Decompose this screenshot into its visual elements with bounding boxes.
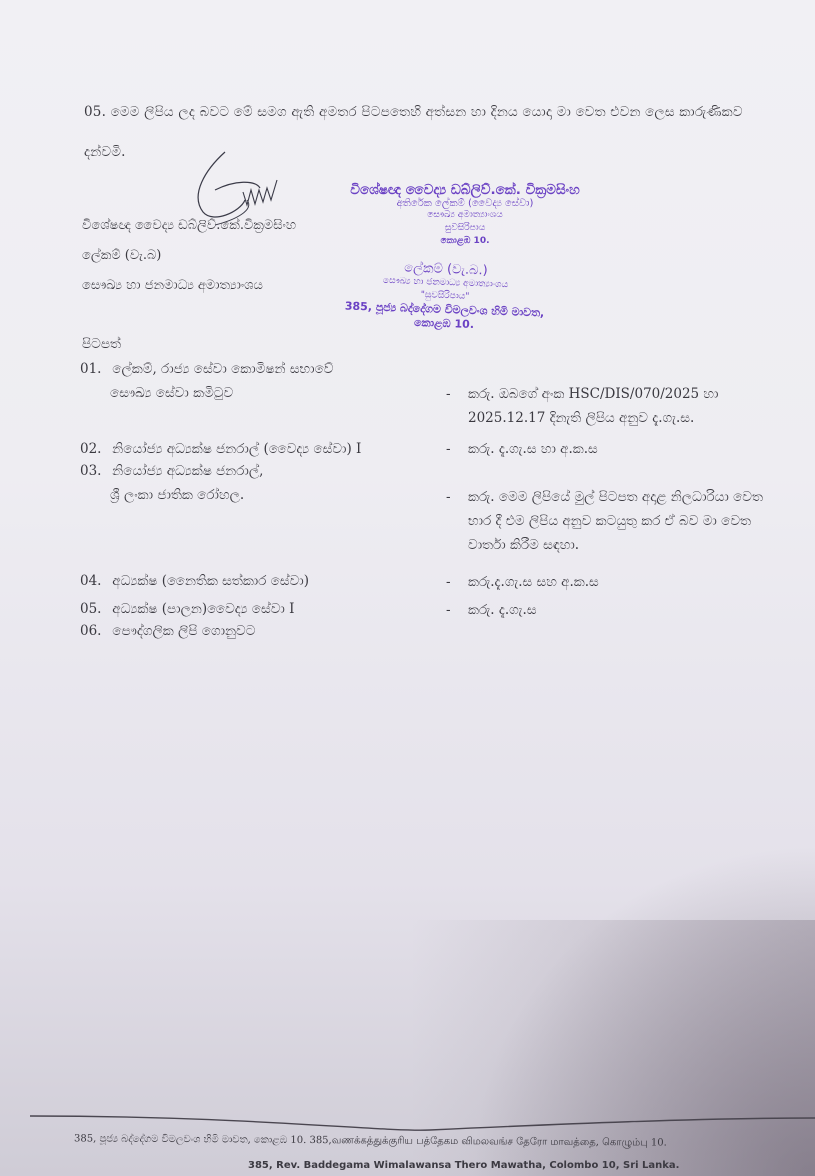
copy-note-text: කරු. මෙම ලිපියේ මුල් පිටපත අදාළ නිලධාරිය… (468, 485, 770, 557)
copy-note-text: කරු. දැ.ගැ.ස (468, 598, 770, 622)
dash-separator: - (446, 437, 451, 461)
dash-separator: - (446, 598, 451, 622)
copy-recipient-06: 06. පෞද්ගලික ලිපි ගොනුවට (80, 620, 255, 642)
copy-recipient-line: සෞඛ්‍ය සේවා කමිටුව (110, 382, 233, 404)
dash-separator: - (446, 382, 451, 406)
copy-note-01: - කරු. ඔබගේ අංක HSC/DIS/070/2025 හා 2025… (440, 382, 770, 430)
copy-recipient-02: 02. නියෝජ්‍ය අධ්‍යක්ෂ ජනරාල් (වෛද්‍ය සේව… (80, 438, 361, 460)
copy-recipient-01: 01. ලේකම්, රාජ්‍ය සේවා කොමිෂන් සභාවේ (80, 358, 334, 380)
stamp-line: අතිරේක ලේකම් (වෛද්‍ය සේවා) (330, 198, 600, 209)
copy-recipient-05: 05. අධ්‍යක්ෂ (පාලන)වෛද්‍ය සේවා I (80, 598, 294, 620)
official-stamp-primary: විශේෂඥ වෛද්‍ය ඩබ්ලිව්.කේ. වික්‍රමසිංහ අත… (330, 182, 600, 248)
stamp-line: විශේෂඥ වෛද්‍ය ඩබ්ලිව්.කේ. වික්‍රමසිංහ (330, 182, 600, 198)
stamp-line: සුවසිරිපාය (330, 222, 600, 235)
copy-recipient-line: ශ්‍රී ලංකා ජාතික රෝහල. (110, 484, 244, 506)
copy-number: 03. (80, 460, 108, 482)
copy-recipient-03: 03. නියෝජ්‍ය අධ්‍යක්ෂ ජනරාල්, (80, 460, 263, 482)
copy-note-02: - කරු. දැ.ගැ.ස හා අ.ක.ස (440, 437, 770, 461)
copy-number: 02. (80, 438, 108, 460)
copy-recipient-04: 04. අධ්‍යක්ෂ (නෛතික සත්කාර සේවා) (80, 570, 309, 592)
copy-recipient-line: නියෝජ්‍ය අධ්‍යක්ෂ ජනරාල් (වෛද්‍ය සේවා) I (112, 441, 361, 457)
paragraph-number: 05. (84, 104, 106, 120)
copy-note-05: - කරු. දැ.ගැ.ස (440, 598, 770, 622)
stamp-line: සෞඛ්‍ය අමාත්‍යාංශය (330, 209, 600, 222)
copy-note-text: කරු. ඔබගේ අංක HSC/DIS/070/2025 හා 2025.1… (468, 382, 770, 430)
footer-address-english: 385, Rev. Baddegama Wimalawansa Thero Ma… (248, 1160, 679, 1171)
copy-number: 06. (80, 620, 108, 642)
copy-number: 05. (80, 598, 108, 620)
dash-separator: - (446, 570, 451, 594)
copy-recipient-line: අධ්‍යක්ෂ (නෛතික සත්කාර සේවා) (112, 573, 309, 589)
copy-number: 04. (80, 570, 108, 592)
copy-note-text: කරු.දැ.ගැ.ස සහ අ.ක.ස (468, 570, 770, 594)
dash-separator: - (446, 485, 451, 509)
copy-recipient-line: අධ්‍යක්ෂ (පාලන)වෛද්‍ය සේවා I (112, 601, 294, 617)
copy-recipient-line: ලේකම්, රාජ්‍ය සේවා කොමිෂන් සභාවේ (112, 361, 333, 377)
copy-number: 01. (80, 358, 108, 380)
signatory-name: විශේෂඥ වෛද්‍ය ඩබ්ලිව්.කේ.වික්‍රමසිංහ (82, 218, 296, 233)
signatory-title: ලේකම් (වැ.බ) (82, 248, 161, 263)
stamp-line: කොළඹ 10. (330, 235, 600, 248)
copy-note-text: කරු. දැ.ගැ.ස හා අ.ක.ස (468, 437, 770, 461)
copy-recipient-line: නියෝජ්‍ය අධ්‍යක්ෂ ජනරාල්, (112, 463, 263, 479)
copy-note-04: - කරු.දැ.ගැ.ස සහ අ.ක.ස (440, 570, 770, 594)
paragraph-text: මෙම ලිපිය ලද බවට මේ සමග ඇති අමතර පිටපතෙහ… (84, 104, 743, 160)
official-stamp-secondary: ලේකම් (වැ.බ.) සෞඛ්‍ය හා ජනමාධ්‍ය අමාත්‍ය… (309, 257, 581, 335)
copy-note-03: - කරු. මෙම ලිපියේ මුල් පිටපත අදාළ නිලධාර… (440, 485, 770, 557)
signatory-ministry: සෞඛ්‍ය හා ජනමාධ්‍ය අමාත්‍යාංශය (82, 278, 263, 293)
copies-heading: පිටපත් (82, 336, 121, 352)
copy-recipient-line: පෞද්ගලික ලිපි ගොනුවට (112, 623, 255, 639)
